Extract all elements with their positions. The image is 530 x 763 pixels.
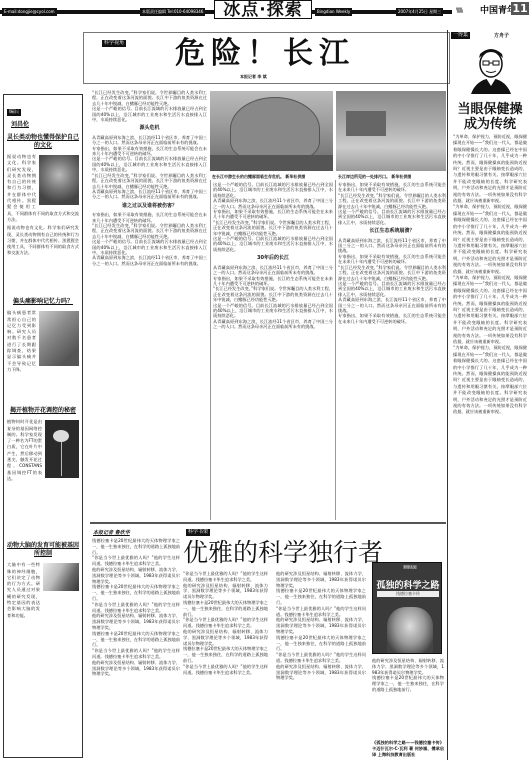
book-portrait <box>387 607 433 654</box>
dolphin-photo <box>210 91 333 171</box>
paragraph: 专家指出，如果不采取有效措施，长江的生态系统可能会在未来几十年内遭受不可逆转的破… <box>213 276 333 287</box>
paragraph: 专家指出，如果不采取有效措施，长江的生态系统可能会在未来几十年内遭受不可逆转的破… <box>338 254 446 265</box>
paragraph: 从青藏高原到东海之滨，长江流经11个省区市，养育了中国三分之一的人口。然而这条母… <box>92 135 207 146</box>
lead-byline: 本报记者 李 斌 <box>240 74 267 80</box>
paragraph: “长江已经发生改变，”科学家们说。令世界瞩目的人类水利工程，正在改变着这条河流的… <box>213 286 333 302</box>
paragraph: 从青藏高原到东海之滨，长江流经11个省区市，养育了中国三分之一的人口。然而这条母… <box>338 297 446 313</box>
paragraph: 这是一个严峻的信号。目前长江流域的污水排放量已经占到全国的40%以上，沿江城市的… <box>92 156 207 172</box>
paragraph: “你是当今世上最优雅的人吗？”他的学生这样问道。钱德拉塞卡毕生追求科学之美。 <box>183 571 268 583</box>
paragraph: 他的研究涉及恒星结构、辐射转移、流体力学、黑洞数学理论等多个领域，1983年获得… <box>183 583 268 600</box>
masthead-hatch-icon: \\\\\\ <box>456 7 462 14</box>
paragraph: 他的研究涉及恒星结构、辐射转移、流体力学、黑洞数学理论等多个领域，1983年获得… <box>372 658 444 675</box>
outfall-photo <box>336 91 446 171</box>
left-sidebar-author: 刘昌伦 <box>11 119 79 128</box>
right-column: 一得集 方舟子 当眼保健操成为传统 “为革命，保护视力，预防近视，眼保健操现在开… <box>448 30 530 760</box>
left-sidebar-tag: 编后 <box>7 109 21 116</box>
subhead: 源头危机 <box>92 126 207 131</box>
paragraph: 钱德拉塞卡是20世纪最伟大的天体物理学家之一，他一生独来独往，在科学的道路上孤独… <box>92 538 180 555</box>
fly-photo <box>43 563 79 591</box>
flower-photo <box>45 420 79 478</box>
paragraph: 钱德拉塞卡是20世纪最伟大的天体物理学家之一，他一生独来独往，在科学的道路上孤独… <box>372 675 444 692</box>
section-divider <box>90 522 446 524</box>
paragraph: 钱德拉塞卡是20世纪最伟大的天体物理学家之一，他一生独来独往，在科学的道路上孤独… <box>183 600 268 617</box>
paragraph: “为革命，保护视力，预防近视，眼保健操现在开始——”我们这一代人，都是做着眼保健… <box>453 134 527 204</box>
paragraph: 他的研究涉及恒星结构、辐射转移、流体力学、黑洞数学理论等多个领域，1983年获得… <box>92 660 180 677</box>
page-number: 11 <box>511 2 529 15</box>
paragraph: 他的研究涉及恒星结构、辐射转移、流体力学、黑洞数学理论等多个领域，1983年获得… <box>276 617 366 634</box>
subhead: 30年后的长江 <box>213 256 333 261</box>
paragraph: 他的研究涉及恒星结构、辐射转移、流体力学、黑洞数学理论等多个领域，1983年获得… <box>183 629 268 646</box>
bottom-headline: 优雅的科学独行者 <box>183 538 383 568</box>
paragraph: 从青藏高原到东海之滨，长江流经11个省区市，养育了中国三分之一的人口。然而这条母… <box>213 319 333 330</box>
masthead-editor: 本版责任编辑 Tel:010-64098346 <box>140 8 205 16</box>
bottom-column-2: “你是当今世上最优雅的人吗？”他的学生这样问道。钱德拉塞卡毕生追求科学之美。 他… <box>183 571 268 761</box>
masthead-date: 2007年4月25日 星期三 <box>396 8 443 16</box>
chimp-photo <box>39 155 79 205</box>
paragraph: 专家指出，如果不采取有效措施，长江的生态系统可能会在未来几十年内遭受不可逆转的破… <box>338 313 446 324</box>
paragraph: “你是当今世上最优雅的人吗？”他的学生这样问道。钱德拉塞卡毕生追求科学之美。 <box>183 664 268 676</box>
book-caption: 《孤独的科学之路——钱德拉塞卡传》 卡迈什瓦尔·C·瓦利 著 何妙福、傅承启 译… <box>372 740 444 762</box>
masthead-english-name: Bingdian Weekly <box>315 8 352 16</box>
lead-kicker: 科学视角 <box>102 40 126 47</box>
paragraph: 钱德拉塞卡是20世纪最伟大的天体物理学家之一，他一生独来独往，在科学的道路上孤独… <box>276 635 366 652</box>
brief-title: 偏头痛影响记忆力吗？ <box>7 298 79 306</box>
paragraph: 专家指出，如果不采取有效措施，长江的生态系统可能会在未来几十年内遭受不可逆转的破… <box>92 146 207 157</box>
book-subtitle: 钱德拉塞卡传 <box>377 591 439 597</box>
paragraph: 这是一个严峻的信号。目前长江流域的污水排放量已经占到全国的40%以上，沿江城市的… <box>213 303 333 319</box>
masthead-email: E-mail:dongjie@cyol.com <box>2 8 57 16</box>
paragraph: “你是当今世上最优雅的人吗？”他的学生这样问道。钱德拉塞卡毕生追求科学之美。 <box>92 602 180 614</box>
paragraph: 他的研究涉及恒星结构、辐射转移、流体力学、黑洞数学理论等多个领域，1983年获得… <box>92 613 180 630</box>
paragraph: 这是一个严峻的信号。目前长江流域的污水排放量已经占到全国的40%以上，沿江城市的… <box>92 106 207 122</box>
author-portrait-icon <box>466 44 516 94</box>
paragraph: “你是当今世上最优雅的人吗？”他的学生这样问道。钱德拉塞卡毕生追求科学之美。 <box>92 648 180 660</box>
brief-title: 动物大脑的发育可能被基因所控制 <box>7 542 79 558</box>
lead-column-1: “长江已经发生改变，”科学家们说。令世界瞩目的人类水利工程，正在改变着这条河流的… <box>92 90 207 520</box>
column-rule <box>210 180 211 520</box>
left-sidebar: 编后 刘昌伦 灵长类动物也懂得保护自己的文化 据说动物也有文化。科学家们研究发现… <box>3 94 83 758</box>
paragraph: 从青藏高原到东海之滨，长江流经11个省区市，养育了中国三分之一的人口。然而这条母… <box>213 198 333 209</box>
photo-caption: 长江岸边所见的一处排污口。 新华社供图 <box>338 174 411 180</box>
paragraph: 这是一个严峻的信号。目前长江流域的污水排放量已经占到全国的40%以上，沿江城市的… <box>338 209 446 225</box>
paragraph: 钱德拉塞卡是20世纪最伟大的天体物理学家之一，他一生独来独往，在科学的道路上孤独… <box>276 588 366 605</box>
paragraph: 从青藏高原到东海之滨，长江流经11个省区市，养育了中国三分之一的人口。然而这条母… <box>92 255 207 266</box>
paragraph: “长江已经发生改变，”科学家们说。令世界瞩目的人类水利工程，正在改变着这条河流的… <box>92 223 207 239</box>
paragraph: 专家指出，如果不采取有效措施，长江的生态系统可能会在未来几十年内遭受不可逆转的破… <box>338 182 446 193</box>
right-column-author: 方舟子 <box>494 32 509 39</box>
paragraph: “长江已经发生改变，”科学家们说。令世界瞩目的人类水利工程，正在改变着这条河流的… <box>213 220 333 236</box>
paragraph: 他的研究涉及恒星结构、辐射转移、流体力学、黑洞数学理论等多个领域，1983年获得… <box>276 571 366 588</box>
right-column-tag: 一得集 <box>451 32 470 39</box>
lead-column-2: 这是一个严峻的信号。目前长江流域的污水排放量已经占到全国的40%以上，沿江城市的… <box>213 182 333 520</box>
bottom-column-1: 钱德拉塞卡是20世纪最伟大的天体物理学家之一，他一生独来独往，在科学的道路上孤独… <box>92 538 180 760</box>
paragraph: “长江已经发生改变，”科学家们说。令世界瞩目的人类水利工程，正在改变着这条河流的… <box>338 193 446 209</box>
paragraph: “为革命，保护视力，预防近视，眼保健操现在开始——”我们这一代人，都是做着眼保健… <box>453 275 527 345</box>
paragraph: “你是当今世上最优雅的人吗？”他的学生这样问道。钱德拉塞卡毕生追求科学之美。 <box>276 652 366 664</box>
brief-text: 大脑中有一些特殊的神经细胞，它们决定了动物的行为方式。研究人员通过对果蝇的研究发… <box>7 562 40 682</box>
section-title: 冰点·探索 <box>214 0 312 19</box>
headache-photo <box>39 311 79 366</box>
book-cover: 科学人文 孤独的科学之路 钱德拉塞卡传 <box>372 562 442 654</box>
lead-headline: 危险！长江 <box>150 36 380 72</box>
paragraph: 钱德拉塞卡是20世纪最伟大的天体物理学家之一，他一生独来独往，在科学的道路上孤独… <box>92 631 180 648</box>
photo-caption: 在长江中游生长的白鳍豚面临生存危机。 新华社供图 <box>212 174 305 180</box>
paragraph: 他的研究涉及恒星结构、辐射转移、流体力学、黑洞数学理论等多个领域，1983年获得… <box>92 567 180 584</box>
paragraph: 钱德拉塞卡是20世纪最伟大的天体物理学家之一，他一生独来独往，在科学的道路上孤独… <box>92 584 180 601</box>
paragraph: “为革命，保护视力，预防近视，眼保健操现在开始——”我们这一代人，都是做着眼保健… <box>453 345 527 415</box>
paragraph: “你是当今世上最优雅的人吗？”他的学生这样问道。钱德拉塞卡毕生追求科学之美。 <box>276 606 366 618</box>
paragraph: 他的研究涉及恒星结构、辐射转移、流体力学、黑洞数学理论等多个领域，1983年获得… <box>276 664 366 681</box>
paragraph: “长江已经发生改变，”科学家们说。令世界瞩目的人类水利工程，正在改变着这条河流的… <box>92 90 207 106</box>
column-rule <box>335 180 336 520</box>
paragraph: “你是当今世上最优雅的人吗？”他的学生这样问道。钱德拉塞卡毕生追求科学之美。 <box>92 555 180 567</box>
paragraph: 这是一个严峻的信号。目前长江流域的污水排放量已经占到全国的40%以上，沿江城市的… <box>338 281 446 297</box>
brief-text: 偏头痛患者常常担心自己的记忆力受到影响。研究人员对数千名患者进行了长期跟踪调查，… <box>7 310 36 402</box>
brief-text: 植物何时开花是由复杂的基因网络控制的。科学家发现了一种名为FT的蛋白质，它在叶片… <box>7 419 42 537</box>
paragraph: 专家指出，如果不采取有效措施，长江的生态系统可能会在未来几十年内遭受不可逆转的破… <box>92 212 207 223</box>
right-column-text: “为革命，保护视力，预防近视，眼保健操现在开始——”我们这一代人，都是做着眼保健… <box>453 134 527 754</box>
paragraph: 从青藏高原到东海之滨，长江流经11个省区市，养育了中国三分之一的人口。然而这条母… <box>213 265 333 276</box>
bottom-byline: 本报记者 鲁欣华 <box>93 529 130 536</box>
paragraph: “长江已经发生改变，”科学家们说。令世界瞩目的人类水利工程，正在改变着这条河流的… <box>338 265 446 281</box>
brief-title: 灵长类动物也懂得保护自己的文化 <box>7 134 79 150</box>
masthead: E-mail:dongjie@cyol.com 本版责任编辑 Tel:010-6… <box>0 0 530 20</box>
subhead: 长江生态系统崩溃？ <box>338 229 446 234</box>
paragraph: “为革命，保护视力，预防近视，眼保健操现在开始——”我们这一代人，都是做着眼保健… <box>453 204 527 274</box>
book-badge: 科学人文 <box>403 565 417 569</box>
bottom-kicker: 科学书架 <box>186 529 210 536</box>
paragraph: 这是一个严峻的信号。目前长江流域的污水排放量已经占到全国的40%以上，沿江城市的… <box>92 239 207 255</box>
bottom-column-4: 他的研究涉及恒星结构、辐射转移、流体力学、黑洞数学理论等多个领域，1983年获得… <box>372 658 444 738</box>
brief-text-continued: 据说动物也有文化。科学家们研究发现，灵长类动物拥有自己的传统和行为习惯，并在群体… <box>7 225 79 293</box>
paragraph: 钱德拉塞卡是20世纪最伟大的天体物理学家之一，他一生独来独往，在科学的道路上孤独… <box>183 646 268 663</box>
paragraph: 从青藏高原到东海之滨，长江流经11个省区市，养育了中国三分之一的人口。然而这条母… <box>338 238 446 254</box>
paragraph: “你是当今世上最优雅的人吗？”他的学生这样问道。钱德拉塞卡毕生追求科学之美。 <box>183 617 268 629</box>
paragraph: 这是一个严峻的信号。目前长江流域的污水排放量已经占到全国的40%以上，沿江城市的… <box>213 236 333 252</box>
book-title: 孤独的科学之路 <box>374 578 442 591</box>
bottom-column-3: 他的研究涉及恒星结构、辐射转移、流体力学、黑洞数学理论等多个领域，1983年获得… <box>276 571 366 761</box>
brief-title: 揭开植物开花调控的秘密 <box>7 407 79 415</box>
paragraph: “长江已经发生改变，”科学家们说。令世界瞩目的人类水利工程，正在改变着这条河流的… <box>92 173 207 189</box>
paragraph: 这是一个严峻的信号。目前长江流域的污水排放量已经占到全国的40%以上，沿江城市的… <box>213 182 333 198</box>
paragraph: 专家指出，如果不采取有效措施，长江的生态系统可能会在未来几十年内遭受不可逆转的破… <box>213 209 333 220</box>
right-column-title: 当眼保健操成为传统 <box>452 102 528 132</box>
lead-column-3: 专家指出，如果不采取有效措施，长江的生态系统可能会在未来几十年内遭受不可逆转的破… <box>338 182 446 520</box>
subhead: 谁之过以及谁将被伤害？ <box>92 204 207 209</box>
paragraph: 从青藏高原到东海之滨，长江流经11个省区市，养育了中国三分之一的人口。然而这条母… <box>92 189 207 200</box>
